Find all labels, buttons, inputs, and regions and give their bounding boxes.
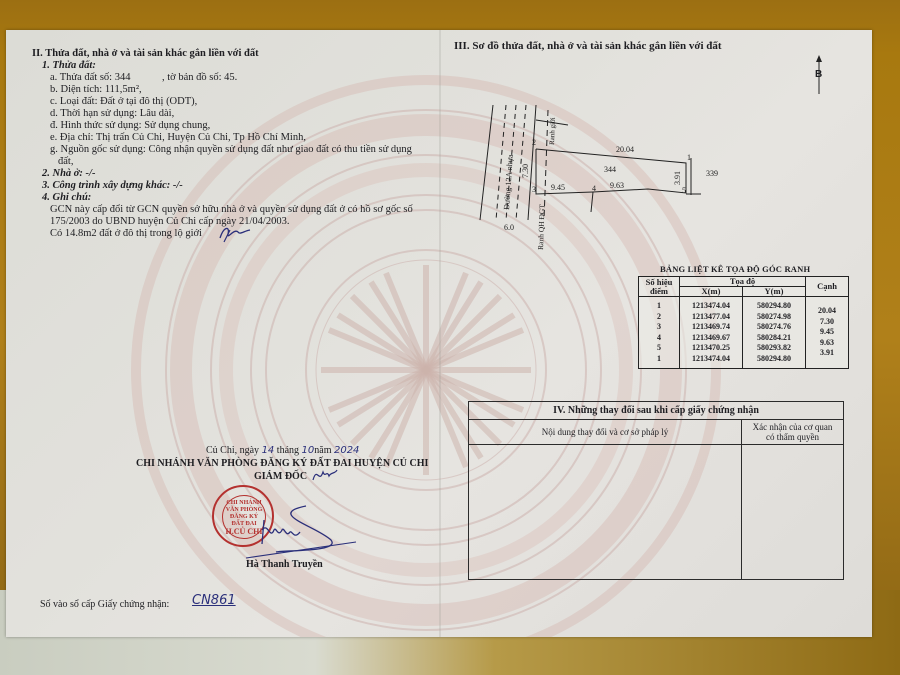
point-id: 1: [645, 301, 673, 312]
issue-place: Củ Chi, ngày: [206, 445, 259, 456]
col-y: Y(m): [743, 287, 806, 297]
x-coordinate: 1213474.04: [686, 301, 736, 312]
point-ids: 123451: [639, 297, 680, 369]
coordinates-table: Số hiệu điểm Tọa độ Cạnh X(m) Y(m) 12345…: [638, 276, 849, 369]
col-coord: Tọa độ: [680, 277, 806, 287]
note-line-3: Có 14.8m2 đất ở đô thị trong lộ giới: [50, 228, 202, 240]
director-signature-icon: [246, 500, 386, 560]
x-coordinate: 1213474.04: [686, 354, 736, 365]
issuing-agency: CHI NHÁNH VĂN PHÒNG ĐĂNG KÝ ĐẤT ĐAI HUYỆ…: [136, 457, 428, 470]
edge-values: 20.047.309.459.633.91: [806, 297, 849, 369]
col-point: Số hiệu điểm: [639, 277, 680, 297]
y-coordinate: 580293.82: [749, 343, 799, 354]
y-coordinate: 580274.76: [749, 322, 799, 333]
issue-year: 2024: [334, 445, 359, 456]
point-id: 2: [645, 312, 673, 323]
note-line-1: GCN này cấp đổi từ GCN quyền sở hữu nhà …: [50, 204, 413, 216]
x-coordinate: 1213470.25: [686, 343, 736, 354]
registry-number: CN861: [192, 594, 236, 607]
neighbor-parcel-label: 339: [706, 169, 718, 178]
section4-title: IV. Những thay đổi sau khi cấp giấy chứn…: [469, 402, 844, 420]
changes-confirm-cell: [742, 445, 844, 580]
address: e. Địa chỉ: Thị trấn Củ Chi, Huyện Củ Ch…: [50, 132, 306, 144]
point-4-label: 4: [592, 184, 596, 193]
note-line-2: 175/2003 do UBND huyện Củ Chi cấp ngày 2…: [50, 216, 289, 228]
x-coordinate: 1213477.04: [686, 312, 736, 323]
coordinates-table-title: BẢNG LIỆT KÊ TỌA ĐỘ GÓC RANH: [660, 264, 810, 274]
month-label: tháng: [277, 445, 299, 456]
changes-col-confirm: Xác nhận của cơ quan có thẩm quyền: [742, 420, 844, 445]
changes-table: IV. Những thay đổi sau khi cấp giấy chứn…: [468, 401, 844, 580]
edge-3-4-label: 9.45: [551, 183, 565, 192]
boundary-road-label: Ranh QH ĐGT: [536, 204, 547, 250]
edge-length: 3.91: [812, 348, 842, 359]
boundary-top-label: Ranh giới: [548, 117, 557, 145]
y-values: 580294.80580274.98580274.76580284.215802…: [743, 297, 806, 369]
edge-length: 9.45: [812, 327, 842, 338]
street-label: Đường 12A nhựa: [502, 154, 515, 211]
parcel-number: a. Thửa đất số: 344: [50, 72, 130, 84]
signer-name: Hà Thanh Truyền: [246, 558, 323, 571]
y-coordinate: 580294.80: [749, 301, 799, 312]
point-1-label: 1: [687, 153, 691, 162]
edge-4-5-label: 9.63: [610, 181, 624, 190]
parcel-label: 344: [604, 165, 616, 174]
y-coordinate: 580284.21: [749, 333, 799, 344]
signer-role: GIÁM ĐỐC: [254, 470, 307, 483]
point-2-label: 2: [532, 138, 536, 147]
initials-signature-icon: [218, 224, 252, 244]
edge-1-2-label: 20.04: [616, 145, 634, 154]
usage-form: đ. Hình thức sử dụng: Sử dụng chung,: [50, 120, 210, 132]
x-coordinate: 1213469.67: [686, 333, 736, 344]
role-initials-icon: [311, 466, 339, 484]
registry-label: Số vào sổ cấp Giấy chứng nhận:: [40, 598, 169, 611]
section3-title: III. Sơ đồ thửa đất, nhà ở và tài sản kh…: [454, 40, 722, 53]
issue-day: 14: [262, 445, 275, 456]
issue-date: Củ Chi, ngày 14 tháng 10năm 2024: [206, 444, 359, 457]
point-id: 5: [645, 343, 673, 354]
parcel-diagram: 20.04 7.30 9.45 9.63 3.91 344 339 2 3 4 …: [476, 70, 776, 250]
point-id: 1: [645, 354, 673, 365]
edge-length: 9.63: [812, 338, 842, 349]
house-info: 2. Nhà ở: -/-: [42, 168, 95, 180]
point-id: 4: [645, 333, 673, 344]
col-edge: Cạnh: [806, 277, 849, 297]
x-coordinate: 1213469.74: [686, 322, 736, 333]
point-3-label: 3: [532, 185, 536, 194]
land-area: b. Diện tích: 111,5m²,: [50, 84, 142, 96]
year-label: năm: [314, 445, 331, 456]
usage-origin-cont: đất,: [58, 156, 73, 168]
certificate-page: II. Thửa đất, nhà ở và tài sản khác gắn …: [6, 30, 872, 637]
usage-origin: g. Nguồn gốc sử dụng: Công nhận quyền sử…: [50, 144, 412, 156]
edge-length: 20.04: [812, 306, 842, 317]
point-5-label: 5: [682, 186, 686, 195]
notes-heading: 4. Ghi chú:: [42, 192, 91, 204]
land-type: c. Loại đất: Đất ở tại đô thị (ODT),: [50, 96, 197, 108]
y-coordinate: 580294.80: [749, 354, 799, 365]
north-label: B: [815, 68, 822, 81]
edge-2-3-label: 7.30: [521, 164, 530, 178]
usage-term: d. Thời hạn sử dụng: Lâu dài,: [50, 108, 174, 120]
edge-length: 7.30: [812, 317, 842, 328]
x-values: 1213474.041213477.041213469.741213469.67…: [680, 297, 743, 369]
edge-5-1-label: 3.91: [673, 171, 682, 185]
other-construction: 3. Công trình xây dựng khác: -/-: [42, 180, 183, 192]
y-coordinate: 580274.98: [749, 312, 799, 323]
changes-col-content: Nội dung thay đổi và cơ sở pháp lý: [469, 420, 742, 445]
land-heading: 1. Thửa đất:: [42, 60, 96, 72]
issue-month: 10: [302, 445, 315, 456]
street-width-label: 6.0: [504, 223, 514, 232]
col-x: X(m): [680, 287, 743, 297]
parcel-sketch-icon: 20.04 7.30 9.45 9.63 3.91 344 339 2 3 4 …: [476, 70, 776, 250]
changes-content-cell: [469, 445, 742, 580]
map-sheet-number: , tờ bản đồ số: 45.: [162, 72, 237, 84]
point-id: 3: [645, 322, 673, 333]
section2-title: II. Thửa đất, nhà ở và tài sản khác gắn …: [32, 48, 259, 60]
